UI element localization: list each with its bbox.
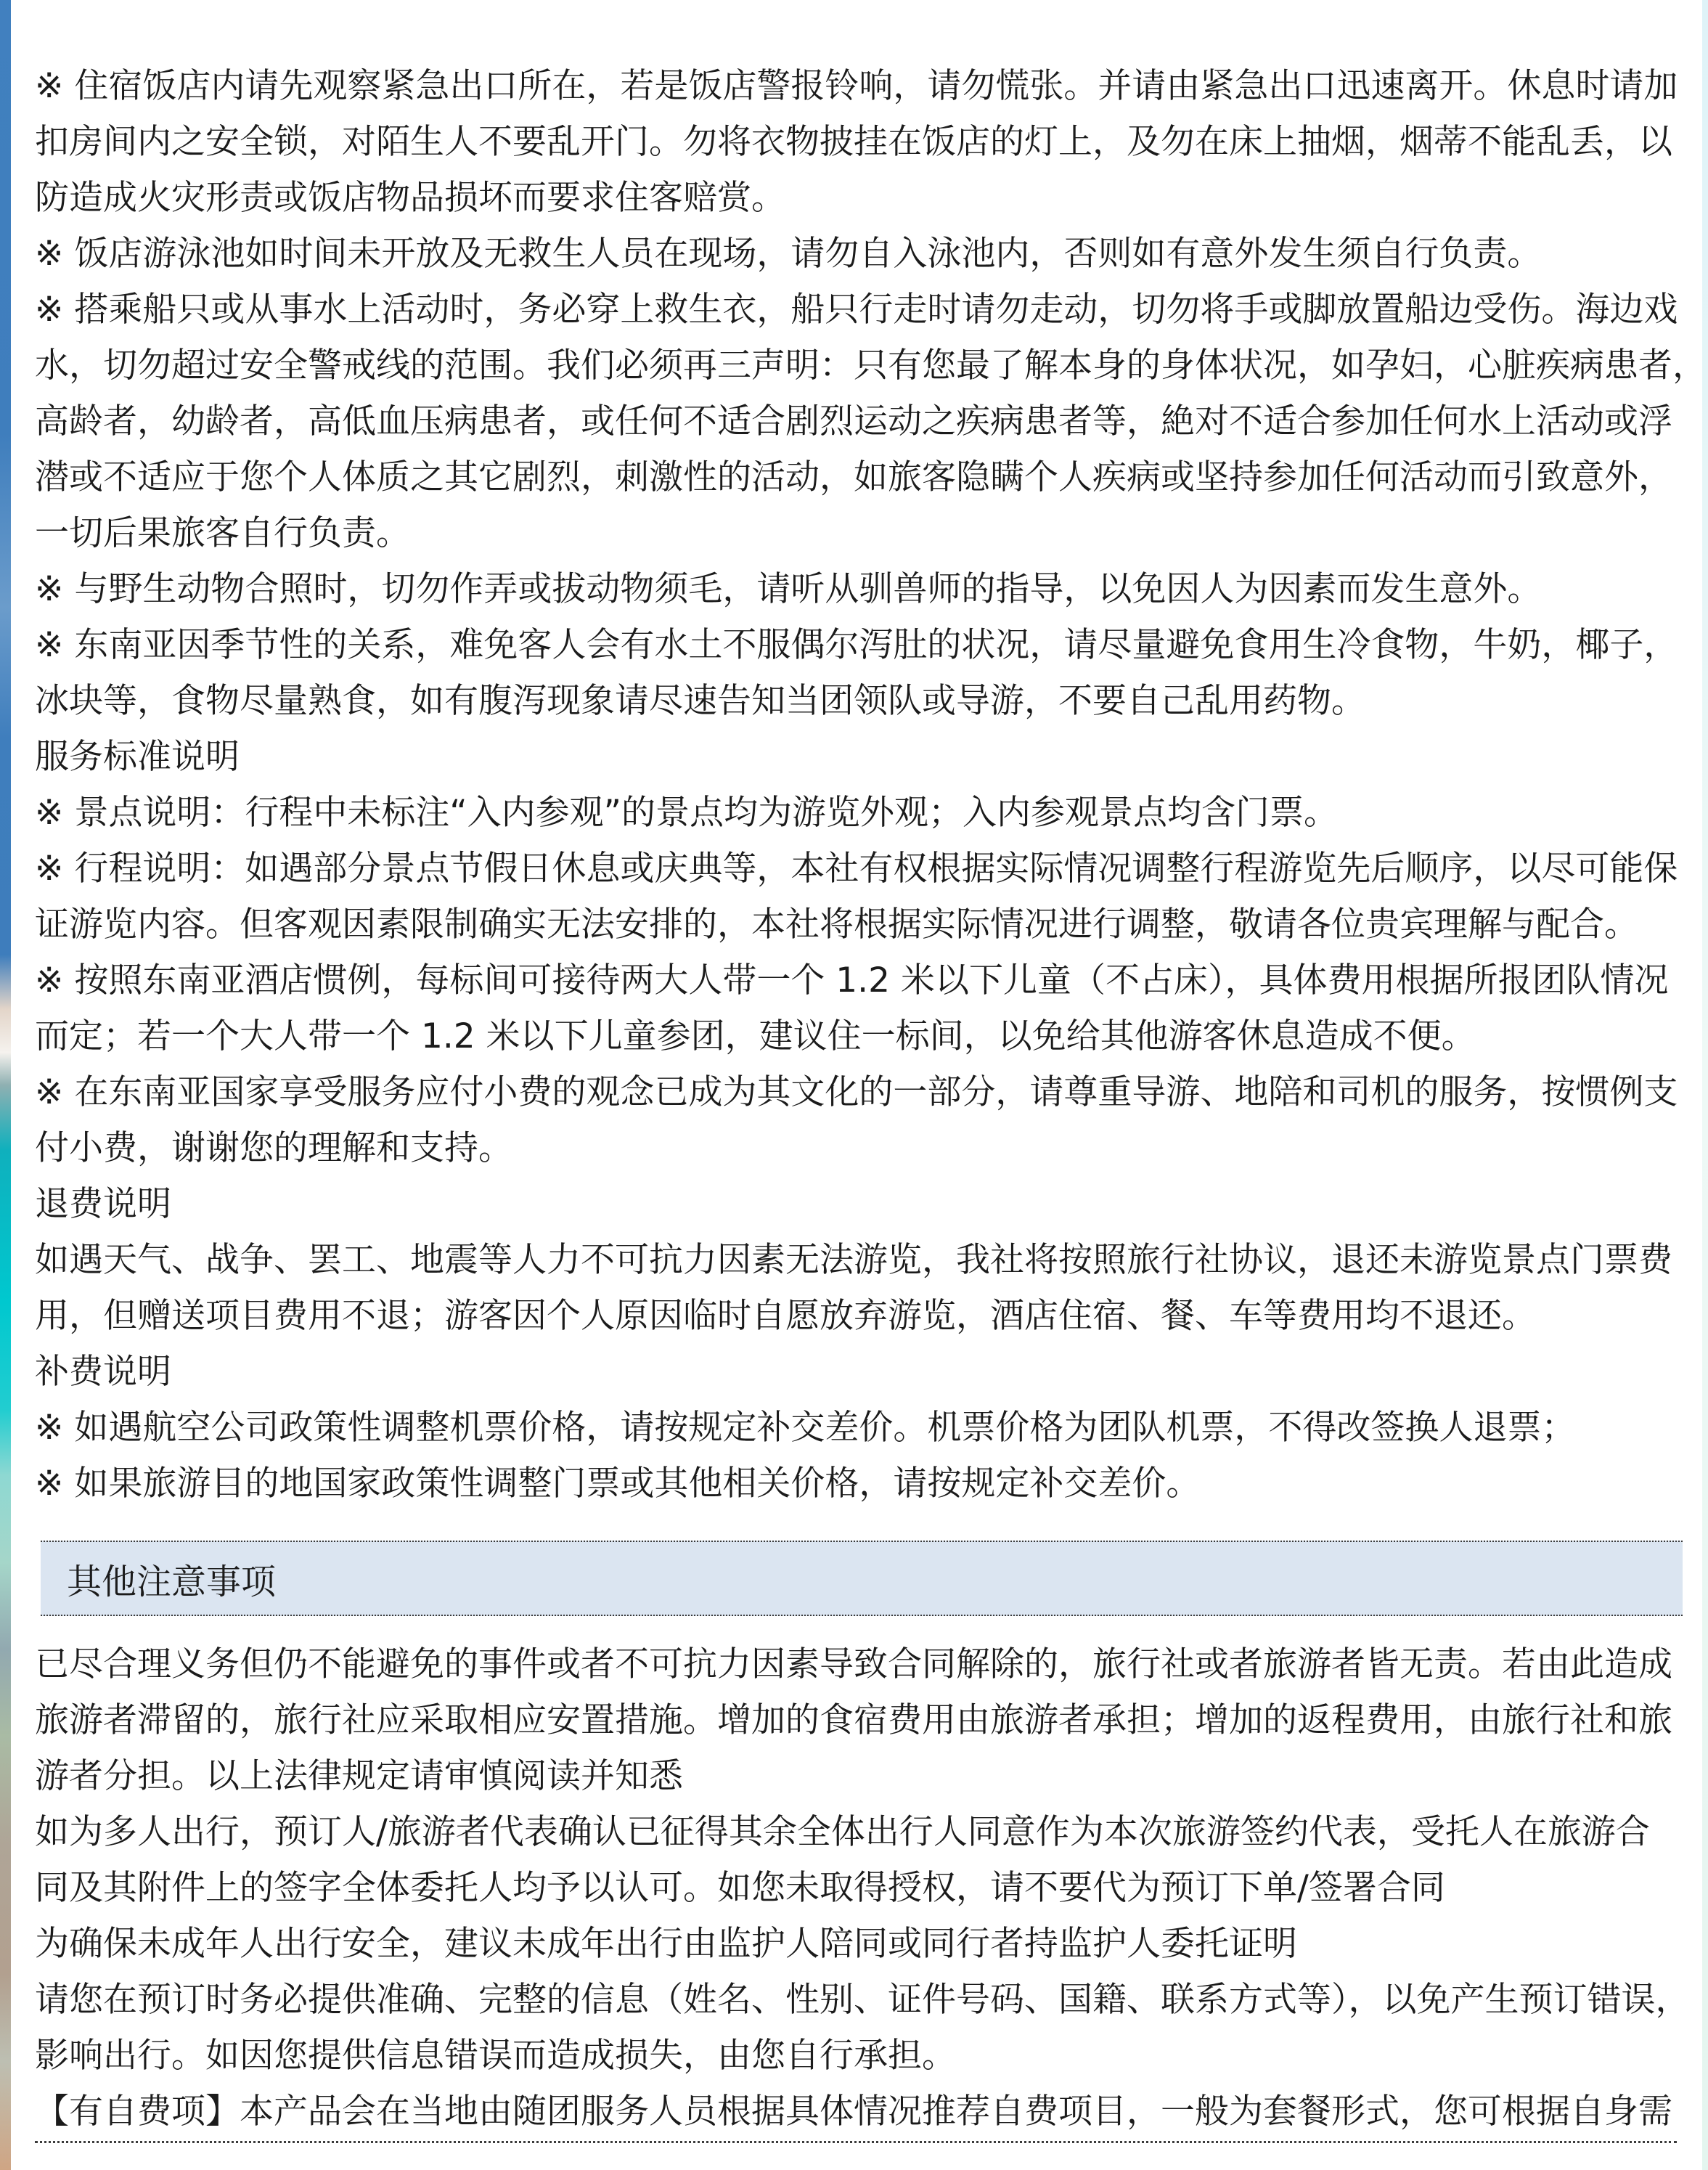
notice-line: 而定；若一个大人带一个 1.2 米以下儿童参团，建议住一标间，以免给其他游客休息… — [35, 1008, 1683, 1064]
notice-line: 退费说明 — [35, 1176, 1683, 1232]
background-photo-edge-right — [1702, 0, 1708, 2170]
notice-line: 用，但赠送项目费用不退；游客因个人原因临时自愿放弃游览，酒店住宿、餐、车等费用均… — [35, 1288, 1683, 1344]
notice-line: 冰块等，食物尽量熟食，如有腹泻现象请尽速告知当团领队或导游，不要自己乱用药物。 — [35, 673, 1683, 729]
notice-lines-bottom: 已尽合理义务但仍不能避免的事件或者不可抗力因素导致合同解除的，旅行社或者旅游者皆… — [35, 1636, 1683, 2140]
notice-line: ※ 住宿饭店内请先观察紧急出口所在，若是饭店警报铃响，请勿慌张。并请由紧急出口迅… — [35, 58, 1683, 114]
notice-line: 为确保未成年人出行安全，建议未成年出行由监护人陪同或同行者持监护人委托证明 — [35, 1916, 1683, 1972]
notice-line: 一切后果旅客自行负责。 — [35, 505, 1683, 561]
notice-line: ※ 如遇航空公司政策性调整机票价格，请按规定补交差价。机票价格为团队机票，不得改… — [35, 1400, 1683, 1456]
notice-line: ※ 与野生动物合照时，切勿作弄或拔动物须毛，请听从驯兽师的指导，以免因人为因素而… — [35, 561, 1683, 617]
notice-line: 防造成火灾形责或饭店物品损坏而要求住客赔赏。 — [35, 170, 1683, 226]
background-photo-edge-left — [0, 0, 11, 2170]
notice-line: 已尽合理义务但仍不能避免的事件或者不可抗力因素导致合同解除的，旅行社或者旅游者皆… — [35, 1636, 1683, 1692]
notice-line: 同及其附件上的签字全体委托人均予以认可。如您未取得授权，请不要代为预订下单/签署… — [35, 1860, 1683, 1916]
notice-line: ※ 东南亚因季节性的关系，难免客人会有水土不服偶尔泻肚的状况，请尽量避免食用生冷… — [35, 617, 1683, 673]
notice-line: 高龄者，幼龄者，高低血压病患者，或任何不适合剧烈运动之疾病患者等，絶对不适合参加… — [35, 393, 1683, 449]
notice-line: 水，切勿超过安全警戒线的范围。我们必须再三声明：只有您最了解本身的身体状况，如孕… — [35, 338, 1683, 393]
notice-line: ※ 搭乘船只或从事水上活动时，务必穿上救生衣，船只行走时请勿走动，切勿将手或脚放… — [35, 282, 1683, 338]
section-header-title: 其他注意事项 — [67, 1554, 276, 1604]
notice-line: 如遇天气、战争、罢工、地震等人力不可抗力因素无法游览，我社将按照旅行社协议，退还… — [35, 1232, 1683, 1288]
notice-line: 潜或不适应于您个人体质之其它剧烈，刺激性的活动，如旅客隐瞒个人疾病或坚持参加任何… — [35, 449, 1683, 505]
notice-line: ※ 在东南亚国家享受服务应付小费的观念已成为其文化的一部分，请尊重导游、地陪和司… — [35, 1064, 1683, 1120]
notice-line: 影响出行。如因您提供信息错误而造成损失，由您自行承担。 — [35, 2028, 1683, 2084]
notice-line: ※ 如果旅游目的地国家政策性调整门票或其他相关价格，请按规定补交差价。 — [35, 1456, 1683, 1512]
notice-line: 【有自费项】本产品会在当地由随团服务人员根据具体情况推荐自费项目，一般为套餐形式… — [35, 2084, 1683, 2140]
notice-line: 请您在预订时务必提供准确、完整的信息（姓名、性别、证件号码、国籍、联系方式等），… — [35, 1972, 1683, 2028]
notice-line: ※ 行程说明：如遇部分景点节假日休息或庆典等，本社有权根据实际情况调整行程游览先… — [35, 841, 1683, 897]
document-body: ※ 住宿饭店内请先观察紧急出口所在，若是饭店警报铃响，请勿慌张。并请由紧急出口迅… — [11, 0, 1702, 2143]
notice-line: 如为多人出行，预订人/旅游者代表确认已征得其余全体出行人同意作为本次旅游签约代表… — [35, 1804, 1683, 1860]
notice-line: 证游览内容。但客观因素限制确实无法安排的，本社将根据实际情况进行调整，敬请各位贵… — [35, 897, 1683, 953]
notice-line: ※ 景点说明：行程中未标注“入内参观”的景点均为游览外观；入内参观景点均含门票。 — [35, 785, 1683, 841]
notice-line: ※ 按照东南亚酒店惯例，每标间可接待两大人带一个 1.2 米以下儿童（不占床），… — [35, 953, 1683, 1008]
notice-line: ※ 饭店游泳池如时间未开放及无救生人员在现场，请勿自入泳池内，否则如有意外发生须… — [35, 226, 1683, 282]
notice-lines-top: ※ 住宿饭店内请先观察紧急出口所在，若是饭店警报铃响，请勿慌张。并请由紧急出口迅… — [35, 58, 1683, 1512]
notice-line: 服务标准说明 — [35, 729, 1683, 785]
notice-line: 扣房间内之安全锁，对陌生人不要乱开门。勿将衣物披挂在饭店的灯上，及勿在床上抽烟，… — [35, 114, 1683, 170]
notice-line: 付小费，谢谢您的理解和支持。 — [35, 1120, 1683, 1176]
notice-line: 游者分担。以上法律规定请审慎阅读并知悉 — [35, 1748, 1683, 1804]
bottom-divider — [35, 2141, 1677, 2143]
notice-line: 补费说明 — [35, 1344, 1683, 1400]
notice-line: 旅游者滞留的，旅行社应采取相应安置措施。增加的食宿费用由旅游者承担；增加的返程费… — [35, 1692, 1683, 1748]
section-header-band: 其他注意事项 — [41, 1541, 1683, 1616]
